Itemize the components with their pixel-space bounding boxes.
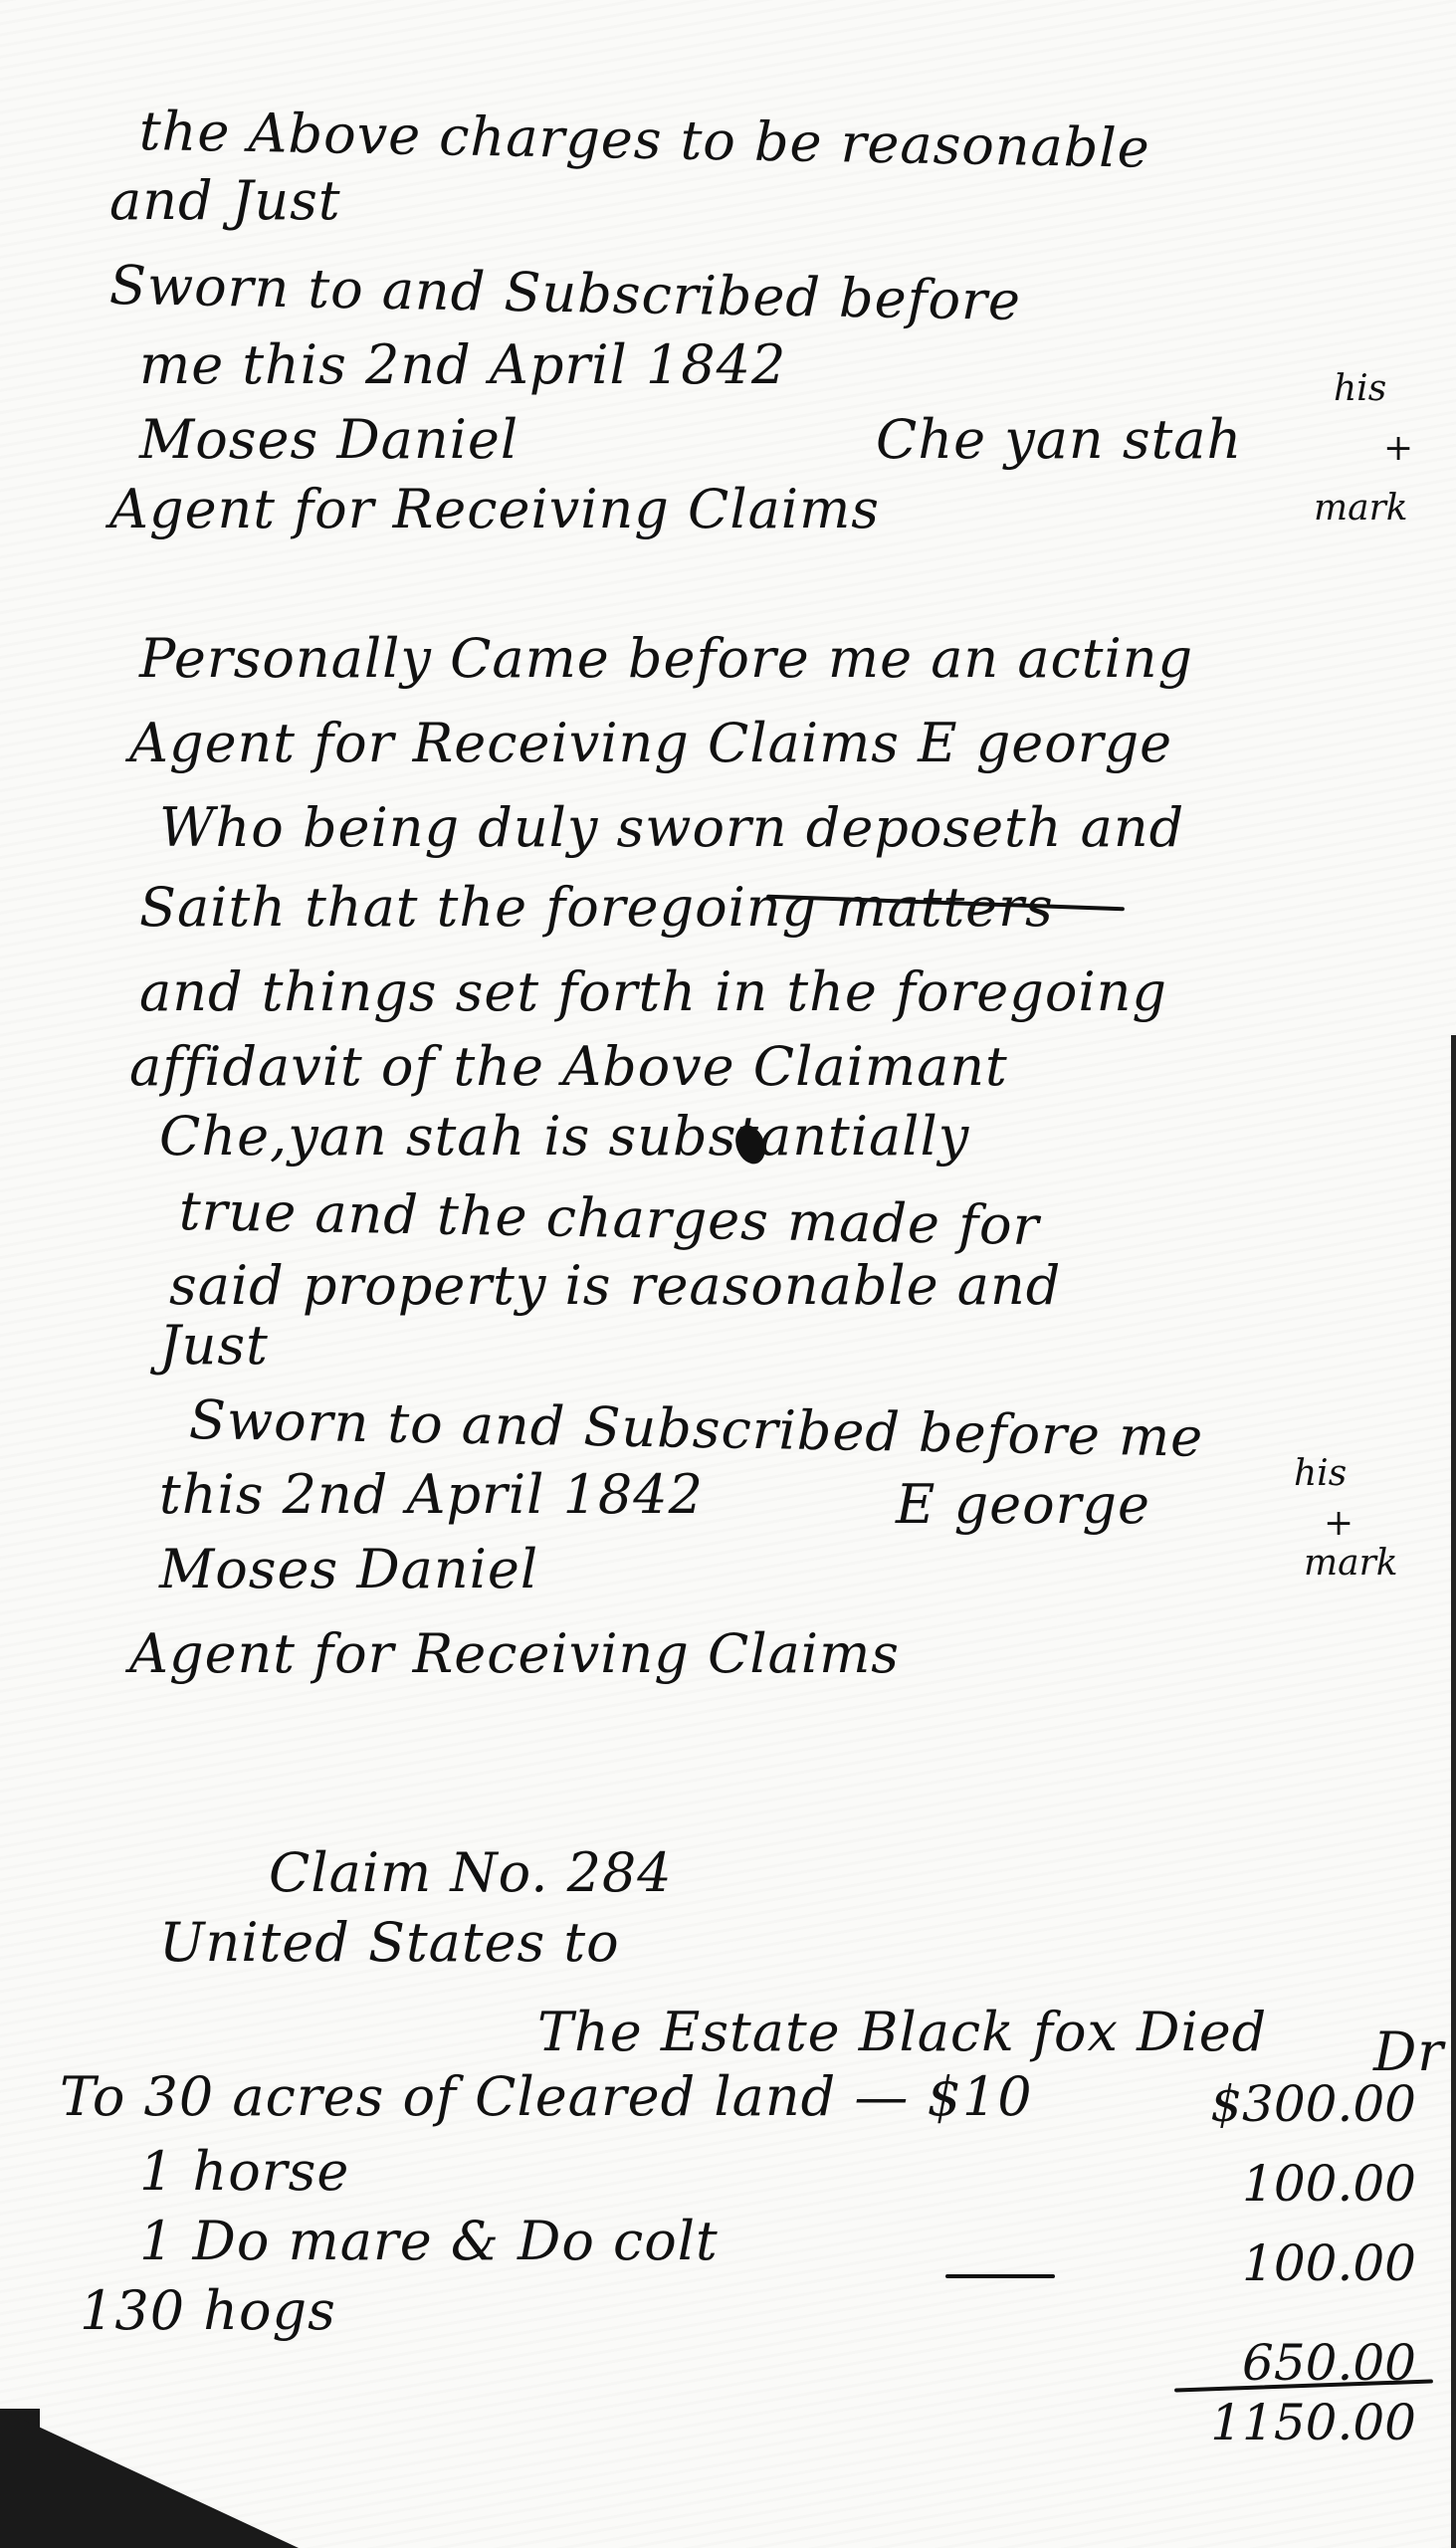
- dash-rule: [945, 2274, 1055, 2278]
- text-line: Sworn to and Subscribed before: [108, 254, 1021, 332]
- document-page: the Above charges to be reasonable and J…: [0, 0, 1456, 2548]
- text-line: said property is reasonable and: [169, 1254, 1061, 1317]
- text-line: and Just: [109, 169, 341, 232]
- text-line: Personally Came before me an acting: [139, 627, 1193, 690]
- page-edge: [1451, 1035, 1456, 2548]
- page-corner-shadow: [0, 2409, 299, 2548]
- text-line: the Above charges to be reasonable: [138, 100, 1150, 180]
- signature-witness: Moses Daniel: [139, 408, 519, 471]
- mark-label: mark: [1304, 1543, 1398, 1584]
- mark-cross: +: [1383, 428, 1413, 469]
- claim-title: Claim No. 284: [269, 1841, 673, 1904]
- ledger-item-amount: $300.00: [1210, 2075, 1416, 2133]
- text-line: me this 2nd April 1842: [139, 333, 786, 396]
- his-label: his: [1334, 368, 1386, 409]
- signature-witness: Moses Daniel: [159, 1538, 538, 1600]
- ledger-total: 1150.00: [1210, 2394, 1416, 2451]
- text-line: and things set forth in the foregoing: [139, 960, 1167, 1023]
- text-line: Saith that the foregoing matters: [139, 876, 1054, 939]
- ledger-item-desc: To 30 acres of Cleared land — $10: [60, 2065, 1033, 2128]
- text-line: this 2nd April 1842: [159, 1463, 704, 1526]
- ledger-item-desc: 1 horse: [139, 2140, 349, 2203]
- text-line: Just: [159, 1314, 269, 1377]
- his-label: his: [1294, 1453, 1347, 1494]
- signature-deponent: E george: [896, 1473, 1150, 1536]
- debit-label: Dr: [1373, 2020, 1444, 2083]
- ledger-item-desc: 130 hogs: [80, 2279, 336, 2342]
- mark-label: mark: [1314, 488, 1408, 529]
- text-line: Che,yan stah is substantially: [159, 1105, 969, 1168]
- claim-estate-line: The Estate Black fox Died: [537, 2001, 1267, 2063]
- text-line: true and the charges made for: [178, 1179, 1040, 1257]
- text-line: Who being duly sworn deposeth and: [159, 796, 1184, 859]
- text-line: Agent for Receiving Claims: [109, 478, 880, 540]
- text-line: Agent for Receiving Claims: [129, 1622, 900, 1685]
- text-line: Sworn to and Subscribed before me: [188, 1388, 1203, 1469]
- ledger-item-amount: 100.00: [1242, 2155, 1416, 2213]
- text-line: Agent for Receiving Claims E george: [129, 712, 1172, 774]
- signature-claimant: Che yan stah: [876, 408, 1242, 471]
- mark-cross: +: [1324, 1503, 1353, 1544]
- ledger-item-desc: 1 Do mare & Do colt: [139, 2210, 719, 2272]
- ledger-item-amount: 100.00: [1242, 2234, 1416, 2292]
- claim-to-line: United States to: [159, 1911, 620, 1974]
- text-line: affidavit of the Above Claimant: [129, 1035, 1008, 1098]
